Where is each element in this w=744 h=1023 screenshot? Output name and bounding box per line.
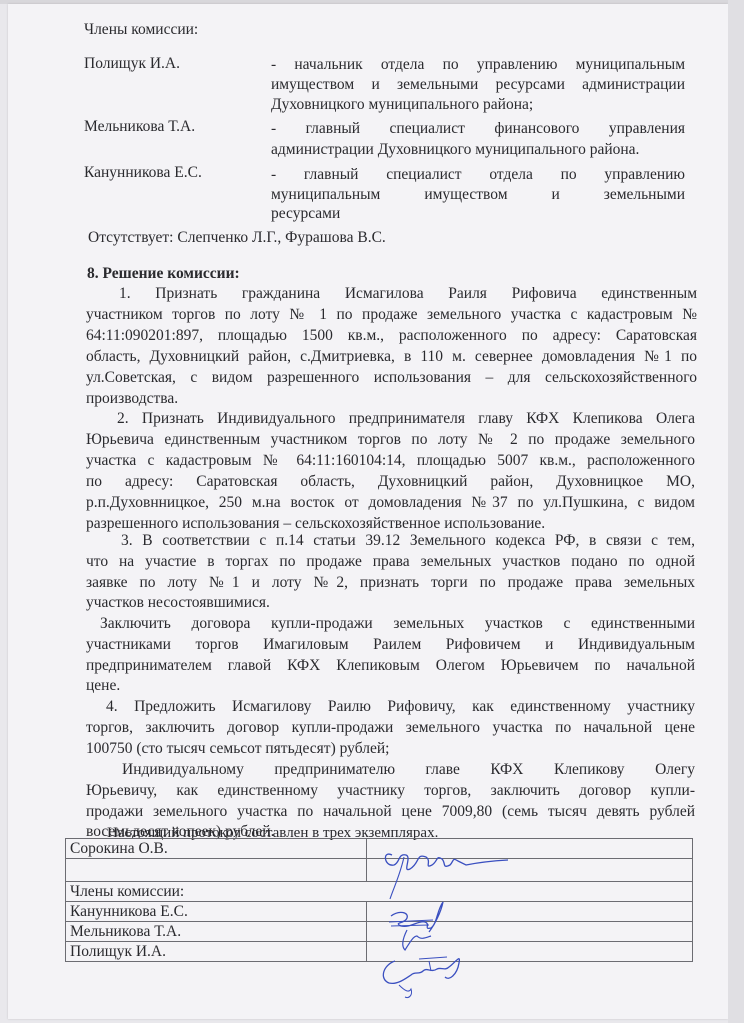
members-header: Члены комиссии: bbox=[84, 20, 198, 40]
contract-paragraph-line: предпринимателем главой КФХ Клепиковым О… bbox=[86, 656, 695, 676]
decision-item-3-line: 3. В соответствии с п.14 статьи 39.12 Зе… bbox=[121, 531, 695, 551]
member-name: Полищук И.А. bbox=[84, 54, 180, 74]
decision-item-3-line: заявке по лоту №1 и лоту №2, признать то… bbox=[86, 573, 695, 593]
absent-members: Отсутствует: Слепченко Л.Г., Фурашова В.… bbox=[88, 228, 386, 248]
contract-paragraph-line: участниками торгов Имагиловым Раилем Риф… bbox=[86, 635, 695, 655]
decision-item-1-line: участником торгов по лоту № 1 по продаже… bbox=[86, 305, 697, 325]
decision-item-1-line: область, Духовницкий район, с.Дмитриевка… bbox=[86, 347, 697, 367]
signature-table: Сорокина О.В. Члены комиссии: Канунников… bbox=[65, 838, 693, 962]
decision-item-3-line: участков несостоявшимися. bbox=[86, 593, 270, 613]
member-name: Мельникова Т.А. bbox=[84, 117, 195, 137]
decision-item-4-line: 4. Предложить Исмагилову Раилю Рифовичу,… bbox=[106, 697, 695, 717]
decision-item-4-line: торгов, заключить договор купли-продажи … bbox=[86, 718, 695, 738]
decision-item-1-line: 1. Признать гражданина Исмагилова Раиля … bbox=[119, 284, 697, 304]
decision-item-3-line: что на участие в торгах по продаже права… bbox=[86, 552, 695, 572]
member-role-line: муниципальным имуществом и земельными bbox=[271, 185, 685, 205]
decision-item-1-line: 64:11:090201:897, площадью 1500 кв.м., р… bbox=[86, 326, 697, 346]
decision-item-4b-line: Индивидуальному предпринимателю главе КФ… bbox=[122, 760, 695, 780]
scan-right-edge bbox=[728, 0, 744, 1023]
decision-item-2-line: по адресу: Саратовская область, Духовниц… bbox=[86, 472, 695, 492]
signature-polishchuk-icon bbox=[375, 945, 485, 1000]
decision-item-2-line: участка с кадастровым № 64:11:160104:14,… bbox=[86, 451, 695, 471]
decision-item-4b-line: продажи земельного участка по начальной … bbox=[86, 802, 695, 822]
signer-name: Мельникова Т.А. bbox=[66, 922, 367, 942]
member-role-line: ресурсами bbox=[271, 204, 685, 224]
decision-item-2-line: р.п.Духовнницкое, 250 м.на восток от дом… bbox=[86, 493, 695, 513]
decision-item-1-line: ул.Советская, с видом разрешенного испол… bbox=[86, 368, 697, 388]
table-row: Члены комиссии: bbox=[66, 882, 693, 902]
signer-name: Сорокина О.В. bbox=[66, 839, 367, 859]
signature-sorokina-icon bbox=[380, 835, 530, 905]
member-role-line: - главный специалист финансового управле… bbox=[271, 119, 685, 139]
decision-item-4b-line: Юрьевичу, как единственному участнику то… bbox=[86, 781, 695, 801]
section-title: 8. Решение комиссии: bbox=[87, 264, 240, 284]
table-row bbox=[66, 859, 693, 882]
table-row: Мельникова Т.А. bbox=[66, 922, 693, 942]
member-role-line: имуществом и земельными ресурсами админи… bbox=[271, 75, 685, 95]
decision-item-2-line: Юрьевича единственным участником торгов … bbox=[86, 430, 695, 450]
table-row: Сорокина О.В. bbox=[66, 839, 693, 859]
signer-name bbox=[66, 859, 367, 882]
member-role-line: администрации Духовницкого муниципальног… bbox=[271, 140, 691, 160]
contract-paragraph-line: цене. bbox=[86, 676, 120, 696]
decision-item-2-line: 2. Признать Индивидуального предпринимат… bbox=[117, 409, 695, 429]
decision-item-4-line: 100750 (сто тысяч семьсот пятьдесят) руб… bbox=[86, 739, 389, 759]
contract-paragraph-line: Заключить договора купли-продажи земельн… bbox=[100, 614, 695, 634]
table-row: Канунникова Е.С. bbox=[66, 902, 693, 922]
member-role-line: - главный специалист отдела по управлени… bbox=[271, 165, 685, 185]
signer-name: Канунникова Е.С. bbox=[66, 902, 367, 922]
member-role-line: - начальник отдела по управлению муницип… bbox=[271, 55, 685, 75]
signer-name: Полищук И.А. bbox=[66, 942, 367, 962]
members-subheader: Члены комиссии: bbox=[66, 882, 693, 902]
decision-item-1-line: производства. bbox=[86, 389, 178, 409]
member-role-line: Духовницкого муниципального района; bbox=[271, 95, 685, 115]
member-name: Канунникова Е.С. bbox=[84, 163, 202, 183]
